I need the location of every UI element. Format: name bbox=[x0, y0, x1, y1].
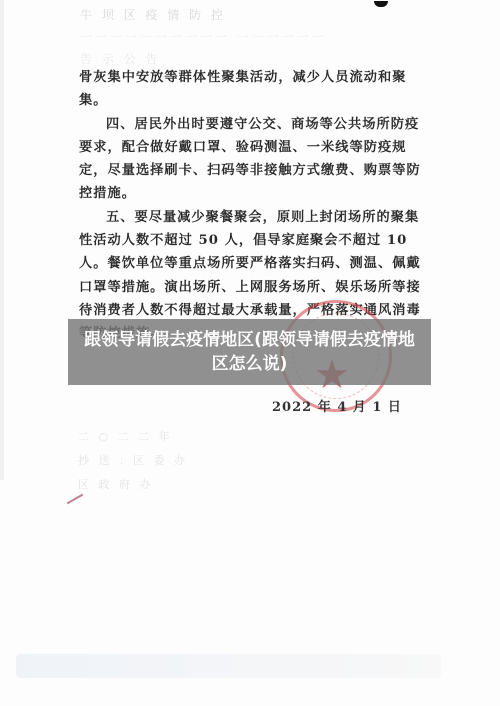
faint-header: 牛 坝 区 疫 情 防 控 一一一一一一一一一一 一一一一一一 告 示 公 告 bbox=[80, 4, 420, 54]
page-edge bbox=[0, 0, 4, 480]
faint-header-line: 牛 坝 区 疫 情 防 控 bbox=[80, 6, 226, 23]
faint-footer-line: 抄 送 ：区 委 办 bbox=[78, 452, 188, 468]
faint-header-line: 告 示 公 告 bbox=[80, 50, 160, 67]
scan-smudge bbox=[16, 654, 441, 678]
paragraph-4: 四、居民外出时要遵守公交、商场等公共场所防疫要求，配合做好戴口罩、验码测温、一米… bbox=[79, 113, 424, 206]
title-overlay: 跟领导请假去疫情地区(跟领导请假去疫情地区怎么说) bbox=[68, 319, 431, 385]
faint-footer-line: 二 ○ 二 二 年 bbox=[78, 428, 173, 444]
pen-mark bbox=[67, 494, 84, 505]
paragraph-3-tail: 骨灰集中安放等群体性聚集活动，减少人员流动和聚集。 bbox=[79, 66, 424, 113]
overlay-title: 跟领导请假去疫情地区(跟领导请假去疫情地区怎么说) bbox=[80, 328, 420, 376]
faint-header-line: 一一一一一一一一一一 一一一一一一 bbox=[80, 28, 327, 45]
document-body: 骨灰集中安放等群体性聚集活动，减少人员流动和聚集。 四、居民外出时要遵守公交、商… bbox=[79, 66, 424, 346]
faint-footer-line: 区 政 府 办 bbox=[78, 476, 154, 492]
document-date: 2022 年 4 月 1 日 bbox=[272, 396, 402, 415]
